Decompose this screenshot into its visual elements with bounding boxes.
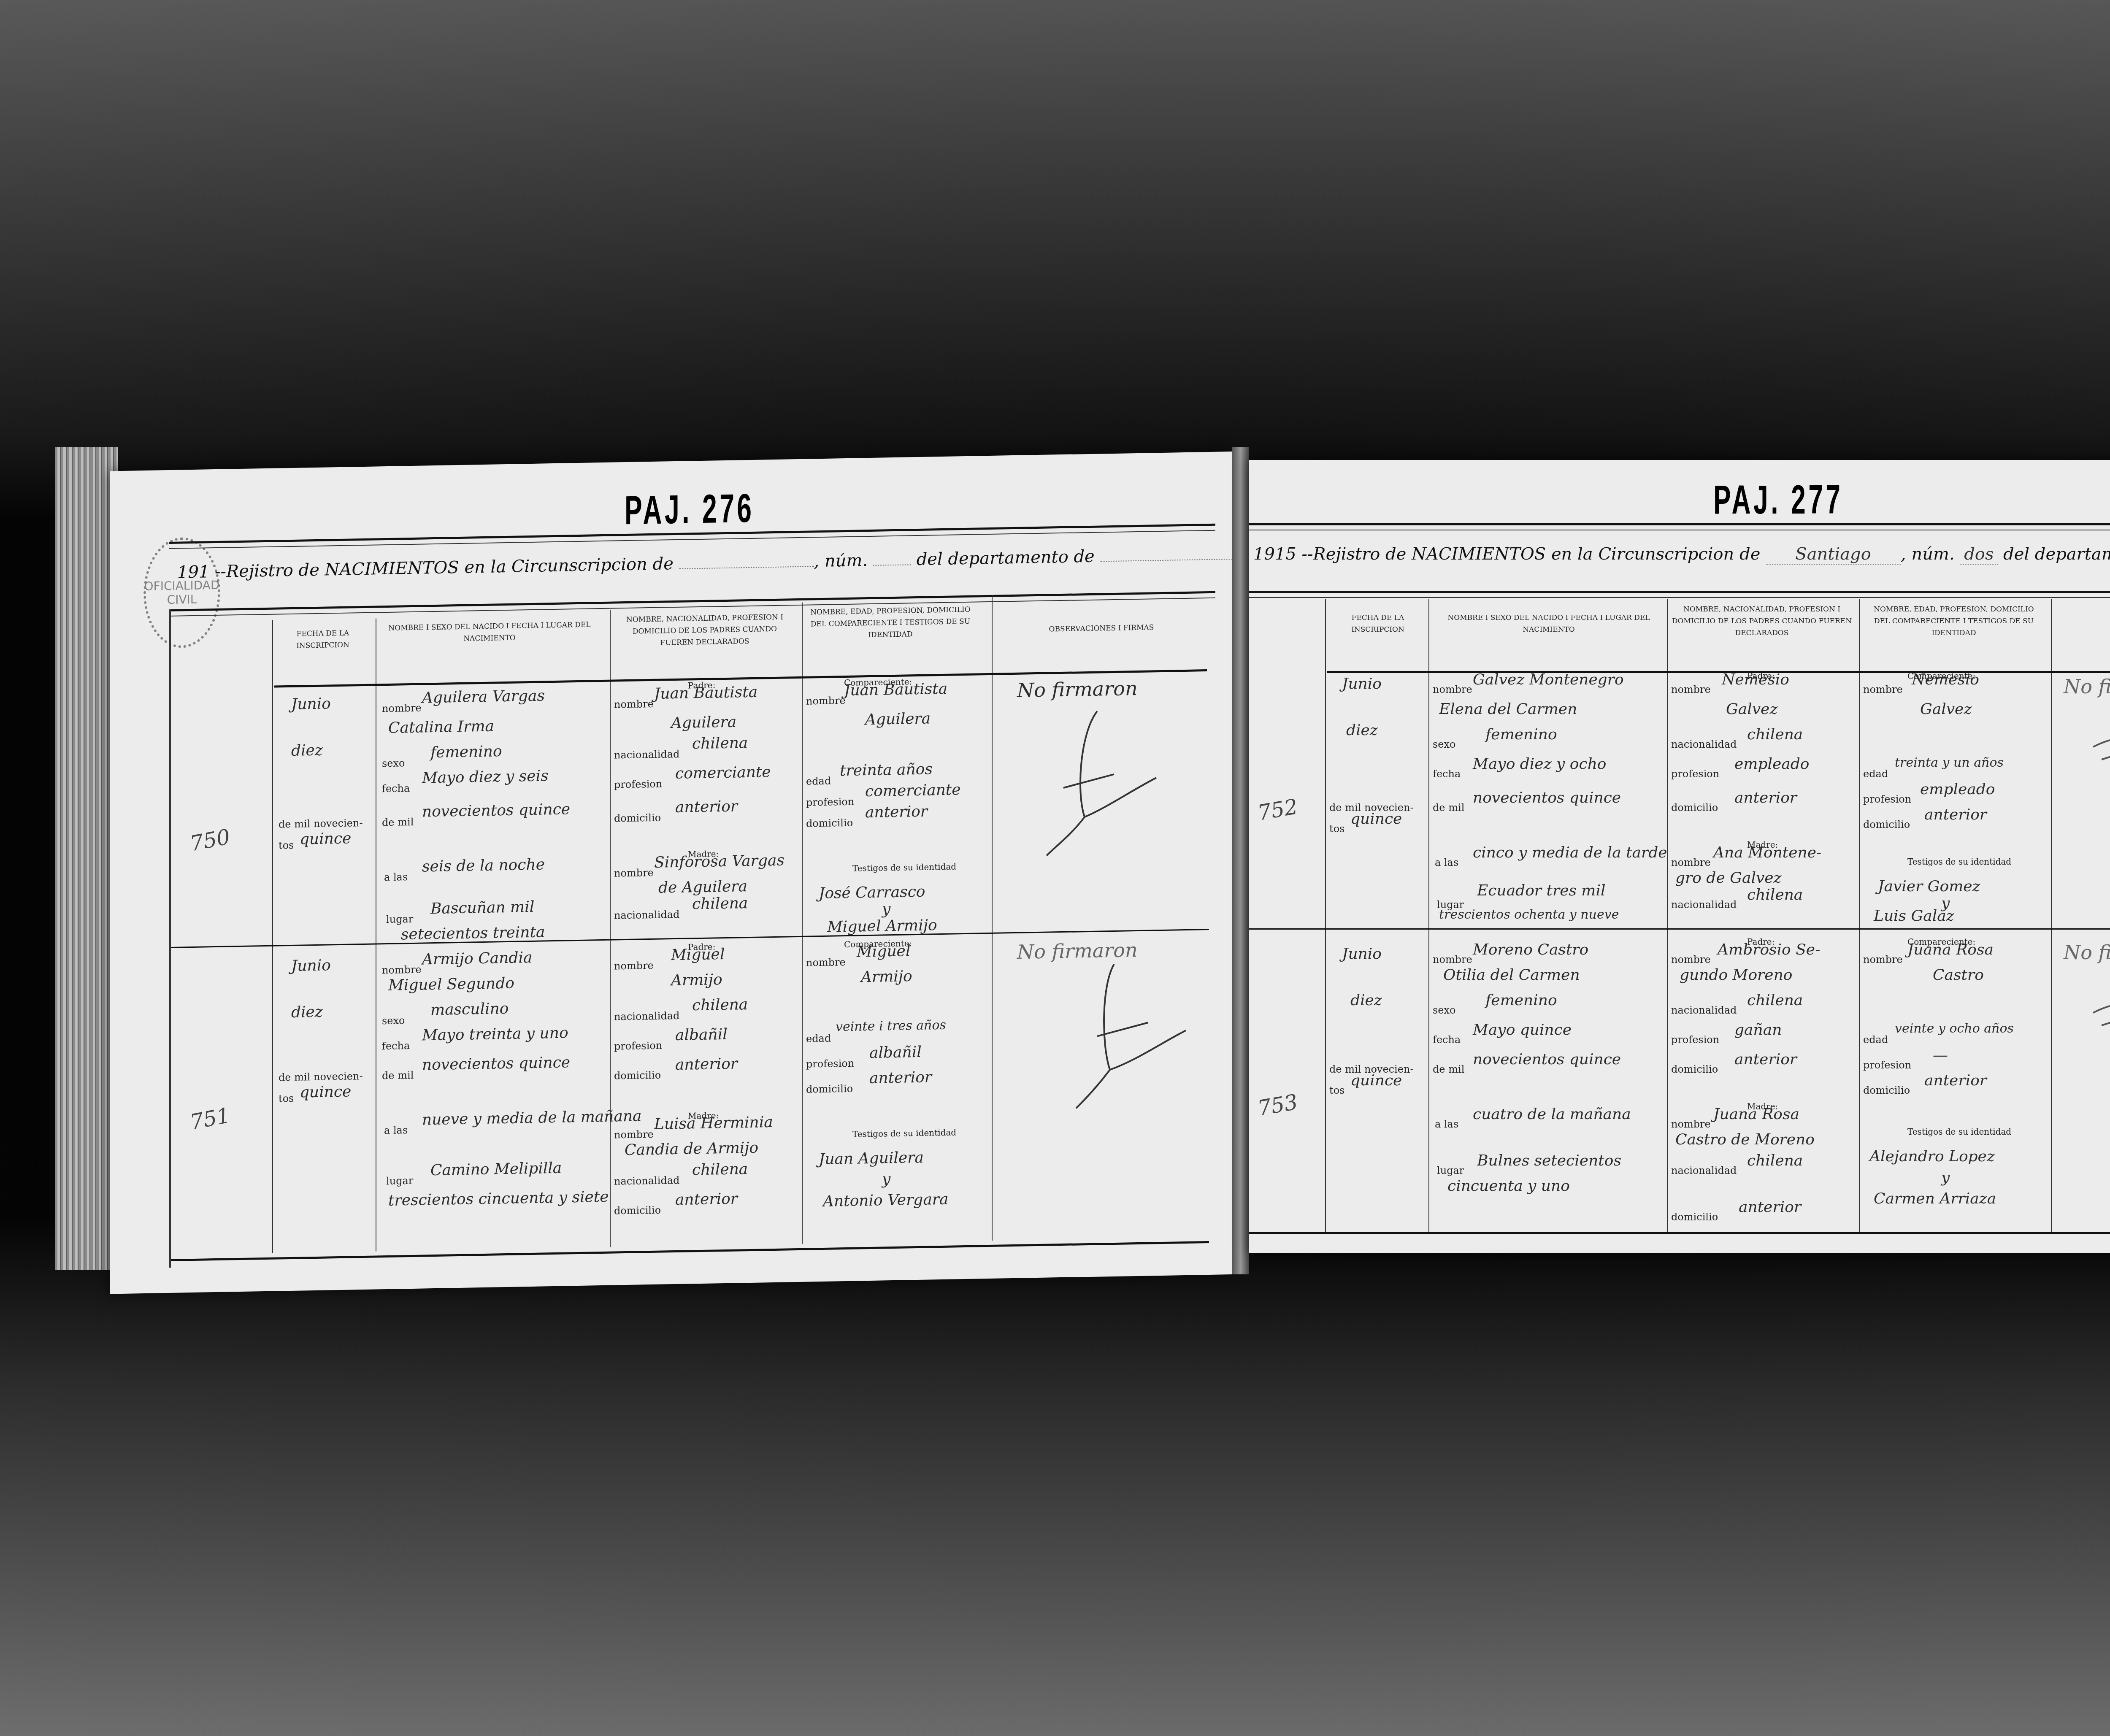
madre-nombre: Castro de Moreno bbox=[1675, 1131, 1815, 1148]
domicilio-label: domicilio bbox=[1671, 1063, 1718, 1075]
compareciente-profesion: comerciante bbox=[865, 781, 961, 800]
compareciente-edad: veinte i tres años bbox=[836, 1018, 946, 1035]
nacido-lugar: cincuenta y uno bbox=[1447, 1177, 1570, 1195]
entry-number: 751 bbox=[188, 1103, 232, 1135]
compareciente-nombre: Nemesio bbox=[1912, 671, 1979, 688]
fecha-year-label: tos bbox=[1329, 823, 1344, 835]
padre-nombre: Miguel bbox=[671, 946, 725, 964]
lugar-label: lugar bbox=[386, 913, 413, 925]
domicilio-label: domicilio bbox=[614, 1204, 661, 1217]
nacido-anio: novecientos quince bbox=[1473, 789, 1621, 806]
nacido-anio: novecientos quince bbox=[422, 1054, 570, 1074]
page-number: PAJ. 277 bbox=[1713, 477, 1843, 523]
compareciente-nombre: Galvez bbox=[1920, 700, 1972, 718]
profesion-label: profesion bbox=[614, 1040, 662, 1052]
fecha-dia: diez bbox=[291, 1003, 323, 1021]
register-title: --Rejistro de NACIMIENTOS en la Circunsc… bbox=[1302, 544, 1761, 564]
domicilio-label: domicilio bbox=[1863, 819, 1910, 830]
compareciente-nombre: Juana Rosa bbox=[1907, 941, 1994, 958]
nacido-fecha: Mayo quince bbox=[1473, 1021, 1572, 1038]
padre-domicilio: anterior bbox=[675, 1055, 738, 1074]
a-las-label: a las bbox=[1435, 857, 1458, 868]
padre-profesion: comerciante bbox=[675, 763, 771, 782]
col-divider bbox=[610, 610, 611, 1247]
register-title: --Rejistro de NACIMIENTOS en la Circunsc… bbox=[215, 554, 674, 581]
nacido-sexo: masculino bbox=[430, 1000, 509, 1019]
nacido-fecha: Mayo diez y ocho bbox=[1473, 755, 1607, 773]
padre-nombre: Aguilera bbox=[671, 714, 736, 732]
fecha-dia: diez bbox=[291, 742, 323, 760]
year-prefix: 191 bbox=[177, 562, 209, 582]
nacido-lugar: trescientos ochenta y nueve bbox=[1439, 907, 1619, 922]
madre-nombre: Juana Rosa bbox=[1713, 1106, 1799, 1123]
nacido-sexo: femenino bbox=[430, 743, 502, 761]
col-divider bbox=[1859, 599, 1860, 1232]
col-divider bbox=[272, 620, 273, 1253]
nacido-hora: cinco y media de la tarde bbox=[1473, 844, 1667, 861]
fecha-anio: quince bbox=[1350, 1072, 1402, 1089]
profesion-label: profesion bbox=[1863, 793, 1911, 805]
circunscripcion-field[interactable]: Santiago bbox=[1766, 544, 1901, 565]
testigo-nombre: Miguel Armijo bbox=[827, 917, 937, 936]
nacido-sexo: femenino bbox=[1485, 992, 1557, 1009]
nombre-label: nombre bbox=[614, 960, 654, 972]
nacionalidad-label: nacionalidad bbox=[1671, 738, 1737, 750]
profesion-label: profesion bbox=[806, 1057, 854, 1070]
col-divider bbox=[2051, 599, 2052, 1232]
departamento-label: del departamento de bbox=[2003, 544, 2110, 564]
nacido-lugar: Bascuñan mil bbox=[430, 898, 534, 917]
signature-icon bbox=[2085, 688, 2110, 772]
padre-nombre: Armijo bbox=[671, 971, 722, 989]
nacionalidad-label: nacionalidad bbox=[614, 748, 679, 761]
domicilio-label: domicilio bbox=[806, 817, 853, 830]
de-mil-label: de mil bbox=[1433, 802, 1464, 814]
nombre-label: nombre bbox=[1863, 954, 1903, 965]
num-label: , núm. bbox=[814, 551, 868, 571]
nombre-label: nombre bbox=[382, 702, 422, 715]
compareciente-nombre: Castro bbox=[1933, 966, 1984, 984]
lugar-label: lugar bbox=[1437, 1165, 1464, 1176]
fecha-year-label: tos bbox=[279, 839, 294, 852]
lugar-label: lugar bbox=[386, 1175, 413, 1187]
nacido-fecha: Mayo treinta y uno bbox=[422, 1024, 568, 1044]
testigos-label: Testigos de su identidad bbox=[1907, 857, 2011, 867]
nombre-label: nombre bbox=[614, 698, 654, 711]
a-las-label: a las bbox=[384, 871, 408, 883]
nacionalidad-label: nacionalidad bbox=[614, 909, 679, 922]
de-mil-label: de mil bbox=[382, 1069, 414, 1082]
header-top-rule bbox=[1249, 523, 2110, 530]
domicilio-label: domicilio bbox=[1671, 1211, 1718, 1223]
domicilio-label: domicilio bbox=[806, 1083, 853, 1095]
testigo-conj: y bbox=[882, 1171, 890, 1188]
profesion-label: profesion bbox=[1863, 1059, 1911, 1071]
circunscripcion-field[interactable] bbox=[679, 566, 814, 569]
edad-label: edad bbox=[806, 1033, 831, 1045]
de-mil-label: de mil bbox=[382, 816, 414, 828]
nombre-label: nombre bbox=[1433, 684, 1472, 695]
nacido-nombre: Galvez Montenegro bbox=[1473, 671, 1624, 688]
testigo-nombre: Luis Galaz bbox=[1874, 907, 1954, 925]
column-header-observaciones: OBSERVACIONES I FIRMAS bbox=[1000, 621, 1203, 636]
compareciente-edad: treinta años bbox=[840, 760, 933, 779]
register-page-276: PAJ. 276 OFICIALIDAD CIVIL 191 --Rejistr… bbox=[110, 452, 1232, 1294]
testigo-conj: y bbox=[882, 900, 890, 918]
nacido-lugar: Ecuador tres mil bbox=[1477, 882, 1606, 899]
nombre-label: nombre bbox=[806, 695, 846, 707]
testigos-label: Testigos de su identidad bbox=[852, 861, 956, 873]
testigo-nombre: José Carrasco bbox=[819, 883, 925, 902]
padre-nombre: Galvez bbox=[1726, 700, 1777, 718]
column-header-fecha: FECHA DE LA INSCRIPCION bbox=[279, 627, 367, 652]
de-mil-label: de mil bbox=[1433, 1063, 1464, 1075]
observaciones-text: No firmaron bbox=[1017, 677, 1138, 702]
fecha-year-label: de mil novecien- bbox=[279, 1070, 363, 1083]
madre-nombre: Ana Montene- bbox=[1713, 844, 1821, 861]
compareciente-domicilio: anterior bbox=[865, 803, 928, 822]
entry-number: 752 bbox=[1256, 794, 1300, 825]
padre-nombre: Nemesio bbox=[1722, 671, 1789, 688]
column-header-compareciente: NOMBRE, EDAD, PROFESION, DOMICILIO DEL C… bbox=[806, 604, 975, 642]
col-divider bbox=[1325, 599, 1326, 1232]
compareciente-nombre: Aguilera bbox=[865, 710, 931, 728]
column-header-nacido: NOMBRE I SEXO DEL NACIDO I FECHA I LUGAR… bbox=[1435, 612, 1663, 635]
column-header-padres: NOMBRE, NACIONALIDAD, PROFESION I DOMICI… bbox=[616, 611, 793, 649]
fecha-anio: quince bbox=[300, 830, 351, 848]
nacido-sexo: femenino bbox=[1485, 726, 1557, 743]
header-bottom-rule bbox=[1249, 591, 2110, 598]
fecha-label: fecha bbox=[382, 1040, 410, 1052]
compareciente-profesion: empleado bbox=[1920, 781, 1995, 798]
domicilio-label: domicilio bbox=[614, 812, 661, 825]
fecha-mes: Junio bbox=[291, 695, 331, 713]
madre-nombre: gro de Galvez bbox=[1675, 869, 1782, 887]
testigo-nombre: Alejandro Lopez bbox=[1869, 1148, 1995, 1165]
compareciente-domicilio: anterior bbox=[1924, 1072, 1987, 1089]
compareciente-domicilio: anterior bbox=[869, 1068, 932, 1087]
nacido-nombre: Armijo Candia bbox=[422, 949, 532, 968]
col-divider bbox=[1667, 599, 1668, 1232]
a-las-label: a las bbox=[1435, 1118, 1458, 1130]
padre-profesion: albañil bbox=[675, 1026, 728, 1044]
padre-nacionalidad: chilena bbox=[1747, 992, 1803, 1009]
entry-number: 750 bbox=[188, 825, 232, 856]
sexo-label: sexo bbox=[1433, 1004, 1456, 1016]
madre-nombre: Candia de Armijo bbox=[625, 1139, 758, 1159]
compareciente-profesion: — bbox=[1933, 1046, 1948, 1064]
compareciente-domicilio: anterior bbox=[1924, 806, 1987, 823]
compareciente-edad: treinta y un años bbox=[1895, 755, 2004, 770]
padre-domicilio: anterior bbox=[1734, 789, 1797, 806]
testigo-conj: y bbox=[1941, 1169, 1950, 1186]
nacionalidad-label: nacionalidad bbox=[614, 1174, 679, 1187]
testigo-nombre: Juan Aguilera bbox=[819, 1149, 924, 1168]
madre-nombre: Sinforosa Vargas bbox=[654, 852, 784, 871]
compareciente-profesion: albañil bbox=[869, 1044, 922, 1062]
nombre-label: nombre bbox=[1671, 954, 1711, 965]
padre-nacionalidad: chilena bbox=[1747, 726, 1803, 743]
fecha-mes: Junio bbox=[291, 957, 331, 975]
padre-nombre: gundo Moreno bbox=[1680, 966, 1793, 984]
compareciente-nombre: Miguel bbox=[857, 942, 910, 960]
entry-number: 753 bbox=[1256, 1090, 1300, 1121]
madre-domicilio: anterior bbox=[675, 1190, 738, 1209]
nacido-anio: novecientos quince bbox=[1473, 1051, 1621, 1068]
nacionalidad-label: nacionalidad bbox=[614, 1010, 679, 1023]
nacionalidad-label: nacionalidad bbox=[1671, 899, 1737, 911]
fecha-dia: diez bbox=[1346, 722, 1378, 739]
num-field[interactable] bbox=[873, 564, 911, 566]
nombre-label: nombre bbox=[382, 964, 422, 976]
nombre-label: nombre bbox=[1433, 954, 1472, 965]
nacido-nombre: Miguel Segundo bbox=[388, 975, 514, 994]
nacido-fecha: Mayo diez y seis bbox=[422, 767, 549, 787]
padre-profesion: empleado bbox=[1734, 755, 1810, 773]
nacido-lugar: trescientos cincuenta y siete bbox=[388, 1188, 609, 1209]
departamento-label: del departamento de bbox=[917, 547, 1095, 569]
nombre-label: nombre bbox=[1671, 684, 1711, 695]
madre-nacionalidad: chilena bbox=[692, 1160, 748, 1179]
fecha-label: fecha bbox=[1433, 768, 1461, 780]
frame-bottom bbox=[171, 1241, 1209, 1261]
padre-nombre: Ambrosio Se- bbox=[1718, 941, 1820, 958]
madre-nombre: Luisa Herminia bbox=[654, 1114, 773, 1133]
profesion-label: profesion bbox=[1671, 768, 1719, 780]
nacido-hora: nueve y media de la mañana bbox=[422, 1107, 642, 1128]
stamp-icon: OFICIALIDAD CIVIL bbox=[143, 537, 220, 649]
padre-profesion: gañan bbox=[1734, 1021, 1782, 1038]
signature-icon bbox=[2085, 954, 2110, 1038]
nacido-nombre: Aguilera Vargas bbox=[422, 687, 545, 706]
nacido-hora: cuatro de la mañana bbox=[1473, 1106, 1631, 1123]
fecha-anio: quince bbox=[300, 1083, 351, 1101]
sexo-label: sexo bbox=[1433, 738, 1456, 750]
register-header: 191 --Rejistro de NACIMIENTOS en la Circ… bbox=[177, 544, 1235, 582]
departamento-field[interactable] bbox=[1100, 559, 1235, 562]
testigos-label: Testigos de su identidad bbox=[852, 1127, 956, 1139]
nombre-label: nombre bbox=[614, 1128, 654, 1141]
col-divider bbox=[376, 618, 376, 1251]
signature-icon bbox=[1068, 959, 1194, 1113]
testigo-nombre: Antonio Vergara bbox=[823, 1191, 949, 1210]
profesion-label: profesion bbox=[1671, 1034, 1719, 1046]
nombre-label: nombre bbox=[806, 956, 846, 969]
padre-nombre: Juan Bautista bbox=[654, 684, 757, 703]
profesion-label: profesion bbox=[806, 796, 854, 809]
edad-label: edad bbox=[1863, 1034, 1888, 1046]
domicilio-label: domicilio bbox=[1863, 1084, 1910, 1096]
nombre-label: nombre bbox=[614, 867, 654, 879]
padre-nacionalidad: chilena bbox=[692, 734, 748, 752]
column-header-fecha: FECHA DE LA INSCRIPCION bbox=[1329, 612, 1426, 635]
madre-nacionalidad: chilena bbox=[1747, 886, 1803, 903]
register-page-277: PAJ. 277 OFICIALIDAD CIVIL SANTIAGO 1915… bbox=[1249, 460, 2110, 1253]
column-header-nacido: NOMBRE I SEXO DEL NACIDO I FECHA I LUGAR… bbox=[380, 619, 599, 646]
madre-nacionalidad: chilena bbox=[692, 895, 748, 913]
num-field[interactable]: dos bbox=[1960, 544, 1998, 565]
sexo-label: sexo bbox=[382, 1014, 405, 1027]
col-divider bbox=[802, 603, 803, 1244]
nacido-lugar: Camino Melipilla bbox=[430, 1160, 562, 1179]
nombre-label: nombre bbox=[1671, 857, 1711, 868]
fecha-label: fecha bbox=[382, 782, 410, 795]
nacionalidad-label: nacionalidad bbox=[1671, 1004, 1737, 1016]
madre-nacionalidad: chilena bbox=[1747, 1152, 1803, 1169]
nacido-nombre: Elena del Carmen bbox=[1439, 700, 1577, 718]
testigo-nombre: Carmen Arriaza bbox=[1874, 1190, 1996, 1207]
fecha-mes: Junio bbox=[1342, 675, 1382, 692]
profesion-label: profesion bbox=[614, 778, 662, 791]
column-header-observaciones: OBSERVACIONES I FIRMAS bbox=[2059, 620, 2110, 632]
fecha-label: fecha bbox=[1433, 1034, 1461, 1046]
a-las-label: a las bbox=[384, 1124, 408, 1136]
fecha-year-label: tos bbox=[1329, 1084, 1344, 1096]
nacido-nombre: Otilia del Carmen bbox=[1443, 966, 1580, 984]
padre-domicilio: anterior bbox=[1734, 1051, 1797, 1068]
fecha-anio: quince bbox=[1350, 810, 1402, 827]
edad-label: edad bbox=[1863, 768, 1888, 780]
madre-domicilio: anterior bbox=[1739, 1198, 1801, 1216]
col-divider bbox=[1428, 599, 1429, 1232]
nombre-label: nombre bbox=[1671, 1118, 1711, 1130]
nombre-label: nombre bbox=[1863, 684, 1903, 695]
book-spine bbox=[1232, 447, 1249, 1274]
nacido-nombre: Catalina Irma bbox=[388, 718, 494, 737]
nacido-anio: novecientos quince bbox=[422, 800, 570, 820]
register-header: 1915 --Rejistro de NACIMIENTOS en la Cir… bbox=[1253, 544, 2110, 565]
column-header-padres: NOMBRE, NACIONALIDAD, PROFESION I DOMICI… bbox=[1671, 603, 1853, 639]
col-divider bbox=[992, 595, 993, 1241]
fecha-dia: diez bbox=[1350, 992, 1382, 1009]
testigo-nombre: Javier Gomez bbox=[1878, 878, 1980, 895]
nacido-hora: seis de la noche bbox=[422, 856, 545, 875]
frame-bottom bbox=[1249, 1232, 2110, 1234]
compareciente-nombre: Juan Bautista bbox=[844, 680, 947, 699]
fecha-mes: Junio bbox=[1342, 945, 1382, 963]
column-header-compareciente: NOMBRE, EDAD, PROFESION, DOMICILIO DEL C… bbox=[1865, 603, 2042, 639]
book-page-edges-left bbox=[55, 447, 118, 1270]
padre-domicilio: anterior bbox=[675, 798, 738, 816]
madre-nombre: de Aguilera bbox=[658, 878, 747, 897]
fecha-year-label: tos bbox=[279, 1092, 294, 1105]
year-prefix: 1915 bbox=[1253, 544, 1296, 564]
sexo-label: sexo bbox=[382, 757, 405, 769]
compareciente-edad: veinte y ocho años bbox=[1895, 1021, 2014, 1036]
nacido-nombre: Moreno Castro bbox=[1473, 941, 1588, 958]
page-number: PAJ. 276 bbox=[625, 485, 755, 534]
entry-separator bbox=[1249, 928, 2110, 930]
nacido-lugar: setecientos treinta bbox=[401, 923, 545, 943]
padre-nacionalidad: chilena bbox=[692, 996, 748, 1014]
frame-left bbox=[169, 609, 171, 1268]
nacionalidad-label: nacionalidad bbox=[1671, 1165, 1737, 1176]
testigos-label: Testigos de su identidad bbox=[1907, 1127, 2011, 1137]
nacido-lugar: Bulnes setecientos bbox=[1477, 1152, 1621, 1169]
domicilio-label: domicilio bbox=[1671, 802, 1718, 814]
header-separator bbox=[1327, 671, 2110, 673]
signature-icon bbox=[1038, 706, 1165, 860]
edad-label: edad bbox=[806, 775, 831, 787]
compareciente-nombre: Armijo bbox=[861, 968, 912, 986]
num-label: , núm. bbox=[1901, 544, 1955, 564]
domicilio-label: domicilio bbox=[614, 1069, 661, 1082]
fecha-year-label: de mil novecien- bbox=[279, 817, 363, 830]
